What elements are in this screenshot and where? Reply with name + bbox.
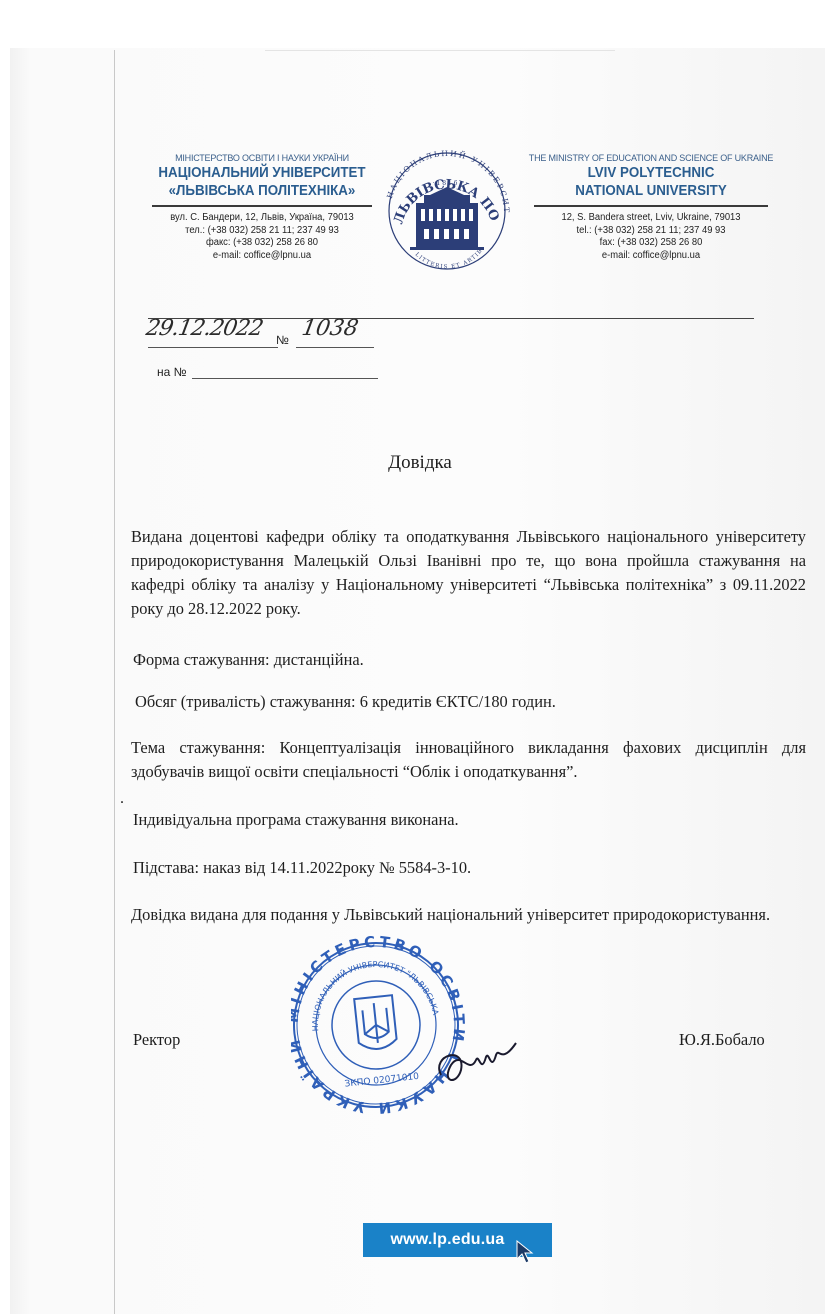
mouse-cursor-icon — [516, 1240, 534, 1264]
svg-text:· 1 8 1 6 ·: · 1 8 1 6 · — [433, 180, 462, 187]
paragraph-program-completed: Індивідуальна програма стажування викона… — [133, 808, 808, 832]
ministry-label: МІНІСТЕРСТВО ОСВІТИ І НАУКИ УКРАЇНИ — [142, 153, 382, 163]
address: вул. С. Бандери, 12, Львів, Україна, 790… — [149, 212, 375, 225]
address-en: 12, S. Bandera street, Lviv, Ukraine, 79… — [532, 212, 771, 225]
paragraph-internship-form: Форма стажування: дистанційна. — [133, 648, 808, 672]
university-name-en-line1: LVIV POLYTECHNIC — [534, 165, 768, 181]
paragraph-internship-topic: Тема стажування: Концептуалізація іннова… — [131, 736, 806, 784]
handwritten-number: 1038 — [300, 316, 360, 341]
signatory-role: Ректор — [133, 1030, 180, 1050]
paragraph-purpose: Довідка видана для подання у Львівський … — [131, 903, 806, 927]
date-underline — [148, 347, 278, 348]
university-name-en-line2: NATIONAL UNIVERSITY — [534, 183, 768, 199]
paper-edge-line — [265, 50, 615, 51]
svg-text:ЗКПО 02071010: ЗКПО 02071010 — [344, 1072, 420, 1090]
paragraph-basis-order: Підстава: наказ від 14.11.2022року № 558… — [133, 856, 808, 880]
reference-label: на № — [157, 365, 187, 379]
letterhead-ukrainian: МІНІСТЕРСТВО ОСВІТИ І НАУКИ УКРАЇНИ НАЦІ… — [142, 153, 382, 262]
letterhead-english: THE MINISTRY OF EDUCATION AND SCIENCE OF… — [524, 153, 778, 262]
letterhead-divider-en — [534, 205, 768, 207]
document-title: Довідка — [300, 452, 540, 474]
email-en: e-mail: coffice@lpnu.ua — [532, 250, 771, 263]
phone: тел.: (+38 032) 258 21 11; 237 49 93 — [149, 225, 375, 238]
university-name-line2: «ЛЬВІВСЬКА ПОЛІТЕХНІКА» — [152, 183, 373, 199]
number-underline — [296, 347, 374, 348]
handwritten-date: 29.12.2022 — [144, 316, 277, 344]
university-seal-icon: НАЦІОНАЛЬНИЙ УНІВЕРСИТЕТ ЛЬВІВСЬКА ПОЛІТ… — [372, 133, 522, 283]
email: e-mail: coffice@lpnu.ua — [149, 250, 375, 263]
signatory-name: Ю.Я.Бобало — [679, 1030, 765, 1050]
phone-en: tel.: (+38 032) 258 21 11; 237 49 93 — [532, 225, 771, 238]
university-name-line1: НАЦІОНАЛЬНИЙ УНІВЕРСИТЕТ — [152, 165, 373, 181]
paragraph-internship-volume: Обсяг (тривалість) стажування: 6 кредиті… — [135, 690, 810, 714]
paragraph-issued-to: Видана доцентові кафедри обліку та опода… — [131, 525, 806, 621]
reference-underline — [192, 378, 378, 379]
fax: факс: (+38 032) 258 26 80 — [149, 237, 375, 250]
letterhead-divider — [152, 205, 372, 207]
fold-line — [114, 50, 115, 1314]
stray-mark: . — [120, 790, 124, 808]
number-label: № — [276, 333, 289, 347]
ministry-label-en: THE MINISTRY OF EDUCATION AND SCIENCE OF… — [524, 153, 778, 163]
fax-en: fax: (+38 032) 258 26 80 — [532, 237, 771, 250]
official-stamp-icon: МІНІСТЕРСТВО ОСВІТИ І НАУКИ УКРАЇНИ • НА… — [291, 925, 531, 1130]
